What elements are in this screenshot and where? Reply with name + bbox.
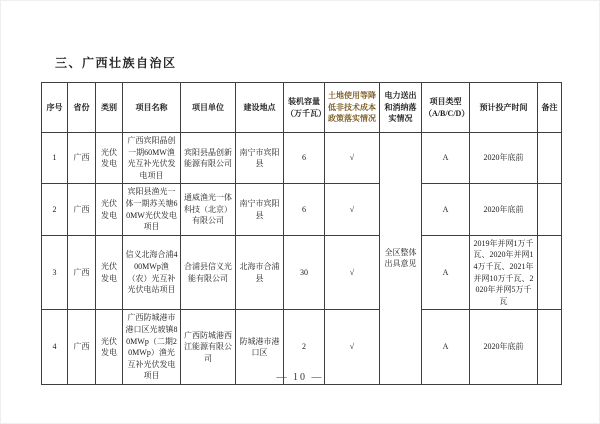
cell-index: 1 <box>42 133 68 184</box>
cell-province: 广西 <box>68 133 96 184</box>
header-project-name: 项目名称 <box>123 83 181 133</box>
cell-land-policy-check: √ <box>325 133 380 184</box>
cell-land-policy-check: √ <box>325 235 380 310</box>
header-category: 类别 <box>96 83 123 133</box>
cell-production-time: 2020年底前 <box>470 133 538 184</box>
cell-category: 光伏发电 <box>96 133 123 184</box>
cell-project-type: A <box>422 133 470 184</box>
header-index: 序号 <box>42 83 68 133</box>
cell-index: 3 <box>42 235 68 310</box>
cell-location: 南宁市宾阳县 <box>236 184 284 235</box>
cell-production-time: 2019年并网1万千瓦、2020年并网14万千瓦、2021年并网10万千瓦、20… <box>470 235 538 310</box>
cell-power-delivery-merged: 全区整体出具意见 <box>380 133 422 385</box>
cell-remarks <box>538 235 562 310</box>
cell-remarks <box>538 133 562 184</box>
table-row: 3 广西 光伏发电 信义北海合浦400MWp渔（农）光互补光伏电站项目 合浦县信… <box>42 235 562 310</box>
header-power-delivery: 电力送出和消纳落实情况 <box>380 83 422 133</box>
cell-province: 广西 <box>68 235 96 310</box>
table-header-row: 序号 省份 类别 项目名称 项目单位 建设地点 装机容量（万千瓦） 土地使用等降… <box>42 83 562 133</box>
header-production-time: 预计投产时间 <box>470 83 538 133</box>
header-location: 建设地点 <box>236 83 284 133</box>
header-project-type: 项目类型（A/B/C/D） <box>422 83 470 133</box>
cell-project-unit: 宾阳县晶创新能源有限公司 <box>181 133 236 184</box>
cell-index: 2 <box>42 184 68 235</box>
header-project-unit: 项目单位 <box>181 83 236 133</box>
header-remarks: 备注 <box>538 83 562 133</box>
header-land-policy: 土地使用等降低非技术成本政策落实情况 <box>325 83 380 133</box>
projects-table: 序号 省份 类别 项目名称 项目单位 建设地点 装机容量（万千瓦） 土地使用等降… <box>41 82 562 385</box>
cell-category: 光伏发电 <box>96 184 123 235</box>
cell-project-type: A <box>422 235 470 310</box>
header-province: 省份 <box>68 83 96 133</box>
cell-project-unit: 通威渔光一体科技（北京）有限公司 <box>181 184 236 235</box>
cell-project-unit: 合浦县信义光能有限公司 <box>181 235 236 310</box>
cell-remarks <box>538 184 562 235</box>
cell-land-policy-check: √ <box>325 184 380 235</box>
cell-capacity: 6 <box>284 184 325 235</box>
table-row: 1 广西 光伏发电 广西宾阳晶创一期60MW渔光互补光伏发电项目 宾阳县晶创新能… <box>42 133 562 184</box>
table-row: 2 广西 光伏发电 宾阳县渔光一体一期苏关塘60MW光伏发电项目 通威渔光一体科… <box>42 184 562 235</box>
cell-location: 南宁市宾阳县 <box>236 133 284 184</box>
cell-project-type: A <box>422 184 470 235</box>
header-capacity: 装机容量（万千瓦） <box>284 83 325 133</box>
cell-capacity: 6 <box>284 133 325 184</box>
cell-capacity: 30 <box>284 235 325 310</box>
page-number: — 10 — <box>0 372 600 383</box>
cell-province: 广西 <box>68 184 96 235</box>
cell-category: 光伏发电 <box>96 235 123 310</box>
cell-project-name: 宾阳县渔光一体一期苏关塘60MW光伏发电项目 <box>123 184 181 235</box>
cell-production-time: 2020年底前 <box>470 184 538 235</box>
cell-location: 北海市合浦县 <box>236 235 284 310</box>
document-page: 三、广西壮族自治区 序号 省份 类别 项目名称 项目单位 建设地点 装机容量（万… <box>0 0 600 424</box>
cell-project-name: 广西宾阳晶创一期60MW渔光互补光伏发电项目 <box>123 133 181 184</box>
section-title: 三、广西壮族自治区 <box>55 54 177 71</box>
cell-project-name: 信义北海合浦400MWp渔（农）光互补光伏电站项目 <box>123 235 181 310</box>
